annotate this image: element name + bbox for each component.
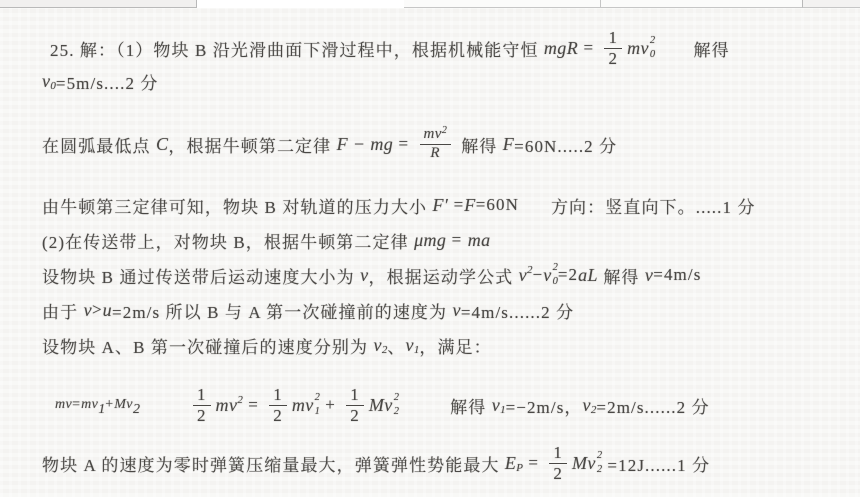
text-run: ，满足： <box>419 333 491 358</box>
math-var: E <box>505 453 516 474</box>
sup-sub-stack: 20 <box>650 36 655 60</box>
fraction: 12 <box>346 386 364 425</box>
text-run: 方向：竖直向下。.....1 分 <box>551 193 756 218</box>
math-var: μmg <box>414 230 446 251</box>
text-run: = <box>523 453 544 473</box>
subscript: 2 <box>394 407 399 418</box>
fraction: 12 <box>604 29 622 68</box>
text-run: 由牛顿第三定律可知，物块 B 对轨道的压力大小 <box>42 193 433 218</box>
text-run: = <box>72 397 81 413</box>
table-cell-remnant-3 <box>601 0 803 8</box>
math-var: mv <box>55 397 72 413</box>
fraction: 12 <box>269 386 287 425</box>
math-var: F <box>503 134 514 155</box>
text-run: 、 <box>387 333 405 358</box>
text-run: 解得 <box>694 36 730 61</box>
table-cell-remnant-4 <box>803 0 860 8</box>
fraction: mv2R <box>420 127 451 162</box>
math-var: mv <box>424 127 442 143</box>
math-var: mv <box>292 395 314 416</box>
text-run: 物块 A 的速度为零时弹簧压缩量最大，弹簧弹性势能最大 <box>42 451 505 476</box>
text-run: ，根据运动学公式 <box>368 263 518 288</box>
math-var: ma <box>468 230 491 251</box>
text-run: 2 <box>553 465 563 483</box>
subscript: 1 <box>500 404 506 416</box>
text-run: 25. 解：（1）物块 B 沿光滑曲面下滑过程中，根据机械能守恒 <box>50 36 544 61</box>
math-var: v <box>645 265 653 286</box>
math-var: R <box>430 146 440 162</box>
text-run: = <box>393 134 414 154</box>
superscript: 2 <box>527 264 533 276</box>
solution-line-spring-energy: 物块 A 的速度为零时弹簧压缩量最大，弹簧弹性势能最大 EP = 12Mv22 … <box>42 436 710 490</box>
text-run: 2 <box>350 407 360 425</box>
math-var: F <box>464 195 475 216</box>
text-run: 设物块 B 通过传送带后运动速度大小为 <box>42 263 360 288</box>
sup-sub-stack: 22 <box>394 393 399 417</box>
text-run: > <box>92 300 103 320</box>
text-run: 1 <box>197 386 207 404</box>
text-run: = <box>243 395 264 415</box>
subscript: 0 <box>50 80 56 92</box>
text-run: =12J......1 分 <box>602 451 710 476</box>
math-var: Mv <box>114 397 133 413</box>
math-var: u <box>103 300 112 321</box>
math-var: F − mg <box>337 134 394 155</box>
text-run: =5m/s....2 分 <box>56 69 159 94</box>
text-run: =−2m/s， <box>506 393 583 418</box>
solution-line-collision-setup: 设物块 A、B 第一次碰撞后的速度分别为 v2、v1，满足： <box>42 332 492 358</box>
math-var: v <box>452 300 460 321</box>
document-page: 25. 解：（1）物块 B 沿光滑曲面下滑过程中，根据机械能守恒 mgR = 1… <box>0 8 860 497</box>
fraction: 12 <box>193 386 211 425</box>
subscript: 1 <box>98 402 105 418</box>
subscript: P <box>516 462 523 474</box>
text-run: 由于 <box>42 298 84 323</box>
math-var: v <box>373 335 381 356</box>
math-var: F′ <box>433 195 449 216</box>
text-run: 解得 <box>456 132 503 157</box>
text-run: 在圆弧最低点 <box>42 132 156 157</box>
text-run: (2)在传送带上，对物块 B，根据牛顿第二定律 <box>42 228 414 253</box>
superscript: 2 <box>650 36 655 47</box>
text-run: 1 <box>350 386 360 404</box>
subscript: 2 <box>133 402 140 418</box>
text-run: =60N.....2 分 <box>514 132 617 157</box>
text-run: ，根据牛顿第二定律 <box>168 132 336 157</box>
superscript: 2 <box>442 126 447 137</box>
math-var: Mv <box>369 395 393 416</box>
text-run: 2 <box>273 407 283 425</box>
text-run: 1 <box>608 29 618 47</box>
solution-line-kinematics: 设物块 B 通过传送带后运动速度大小为 v，根据运动学公式 v2−v20=2aL… <box>42 262 701 288</box>
text-run: 2 <box>608 50 618 68</box>
text-run: =2 <box>558 265 578 285</box>
table-cell-remnant-2 <box>404 0 601 8</box>
text-run: =2m/s 所以 B 与 A 第一次碰撞前的速度为 <box>112 298 452 323</box>
solution-line-belt-friction: (2)在传送带上，对物块 B，根据牛顿第二定律 μmg = ma <box>42 227 491 253</box>
text-run: + <box>105 397 114 413</box>
text-run: 设物块 A、B 第一次碰撞后的速度分别为 <box>42 333 373 358</box>
text-run: − <box>533 265 544 285</box>
math-var: v <box>492 395 500 416</box>
math-var: v <box>84 300 92 321</box>
text-run: + <box>320 395 341 415</box>
math-var: v <box>405 335 413 356</box>
solution-line-v0-result: v0=5m/s....2 分 <box>42 68 159 94</box>
text-run: =60N <box>476 195 519 215</box>
fraction: 12 <box>549 444 567 483</box>
superscript: 2 <box>394 393 399 404</box>
math-var: v <box>543 265 551 286</box>
math-var: aL <box>578 265 598 286</box>
math-var: mv <box>627 38 649 59</box>
text-run: 解得 <box>450 393 492 418</box>
subscript: 1 <box>414 344 420 356</box>
text-run: =4m/s......2 分 <box>461 298 574 323</box>
text-run: =2m/s......2 分 <box>596 393 709 418</box>
table-cell-remnant-1 <box>0 0 197 8</box>
text-run: 1 <box>553 444 563 462</box>
text-run: 1 <box>273 386 283 404</box>
math-var: Mv <box>572 453 596 474</box>
math-var: mgR <box>544 38 578 59</box>
math-var: mv <box>216 395 238 416</box>
math-var: v <box>42 71 50 92</box>
math-var: C <box>156 134 168 155</box>
text-run: =4m/s <box>653 265 701 285</box>
math-var: v <box>519 265 527 286</box>
solution-line-collision-equations: mv=mv1+Mv212mv2 = 12mv21 + 12Mv22解得 v1=−… <box>55 378 710 432</box>
superscript: 2 <box>237 394 243 406</box>
solution-line-newton-third-law: 由牛顿第三定律可知，物块 B 对轨道的压力大小 F′ =F=60N方向：竖直向下… <box>42 192 756 218</box>
text-run: 解得 <box>598 263 645 288</box>
subscript: 2 <box>382 344 388 356</box>
text-run: = <box>446 230 467 250</box>
solution-line-pre-collision-speed: 由于 v>u=2m/s 所以 B 与 A 第一次碰撞前的速度为 v=4m/s..… <box>42 297 574 323</box>
text-run: = <box>578 38 599 58</box>
text-run: 2 <box>197 407 207 425</box>
scanned-answer-document: { "page": { "paper_color": "#f7f6f4", "i… <box>0 0 860 497</box>
math-var: v <box>583 395 591 416</box>
math-var: mv <box>81 397 98 413</box>
solution-line-energy-conservation: 25. 解：（1）物块 B 沿光滑曲面下滑过程中，根据机械能守恒 mgR = 1… <box>50 22 730 74</box>
subscript: 2 <box>591 404 597 416</box>
subscript: 0 <box>650 50 655 61</box>
text-run: = <box>448 195 464 215</box>
solution-line-newton-second-law: 在圆弧最低点 C，根据牛顿第二定律 F − mg = mv2R 解得 F=60N… <box>42 118 617 170</box>
